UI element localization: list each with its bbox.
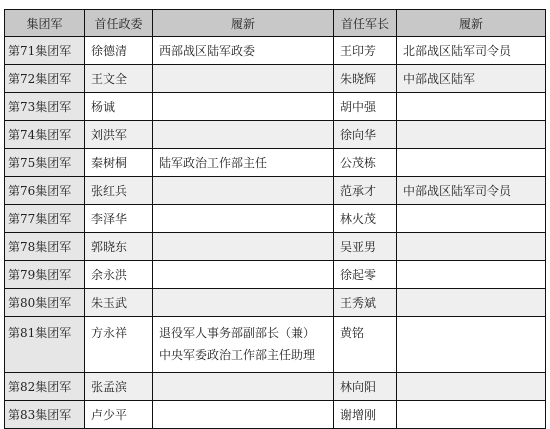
commander-cell: 林火茂 xyxy=(334,205,397,233)
army-cell: 第71集团军 xyxy=(5,37,85,65)
table-row: 第73集团军杨诚胡中强 xyxy=(5,93,546,121)
commander-new-post-cell xyxy=(397,93,546,121)
commissar-cell: 朱玉武 xyxy=(85,289,153,317)
commander-new-post-cell: 中部战区陆军 xyxy=(397,65,546,93)
commissar-cell: 王文全 xyxy=(85,65,153,93)
commissar-cell: 卢少平 xyxy=(85,401,153,429)
table-row: 第74集团军刘洪军徐向华 xyxy=(5,121,546,149)
new-post-line: 中央军委政治工作部主任助理 xyxy=(159,344,327,366)
commander-cell: 公茂栋 xyxy=(334,149,397,177)
army-cell: 第83集团军 xyxy=(5,401,85,429)
commander-cell: 范承才 xyxy=(334,177,397,205)
header-commander-new-post: 履新 xyxy=(397,10,546,37)
commander-cell: 谢增刚 xyxy=(334,401,397,429)
header-first-commissar: 首任政委 xyxy=(85,10,153,37)
table-row: 第72集团军王文全朱晓辉中部战区陆军 xyxy=(5,65,546,93)
army-cell: 第75集团军 xyxy=(5,149,85,177)
commander-new-post-cell xyxy=(397,289,546,317)
table-row: 第75集团军秦树桐陆军政治工作部主任公茂栋 xyxy=(5,149,546,177)
commissar-new-post-cell xyxy=(153,205,334,233)
commissar-new-post-cell xyxy=(153,373,334,401)
commander-cell: 王秀斌 xyxy=(334,289,397,317)
commissar-cell: 郭晓东 xyxy=(85,233,153,261)
group-army-leaders-table: 集团军 首任政委 履新 首任军长 履新 第71集团军徐德清西部战区陆军政委王印芳… xyxy=(4,9,546,429)
table-row: 第79集团军余永洪徐起零 xyxy=(5,261,546,289)
commissar-cell: 李泽华 xyxy=(85,205,153,233)
commander-new-post-cell xyxy=(397,401,546,429)
commissar-cell: 秦树桐 xyxy=(85,149,153,177)
commander-new-post-cell xyxy=(397,373,546,401)
commissar-cell: 杨诚 xyxy=(85,93,153,121)
commissar-new-post-cell xyxy=(153,121,334,149)
army-cell: 第72集团军 xyxy=(5,65,85,93)
table-row: 第76集团军张红兵范承才中部战区陆军司令员 xyxy=(5,177,546,205)
header-army: 集团军 xyxy=(5,10,85,37)
commissar-cell: 余永洪 xyxy=(85,261,153,289)
table-row: 第82集团军张孟滨林向阳 xyxy=(5,373,546,401)
army-cell: 第78集团军 xyxy=(5,233,85,261)
header-first-commander: 首任军长 xyxy=(334,10,397,37)
commander-cell: 黄铭 xyxy=(334,317,397,373)
commander-new-post-cell: 中部战区陆军司令员 xyxy=(397,177,546,205)
table-row: 第80集团军朱玉武王秀斌 xyxy=(5,289,546,317)
new-post-line: 西部战区陆军政委 xyxy=(159,42,327,59)
commissar-cell: 张孟滨 xyxy=(85,373,153,401)
commissar-new-post-cell xyxy=(153,93,334,121)
commander-new-post-cell xyxy=(397,205,546,233)
commander-cell: 徐起零 xyxy=(334,261,397,289)
table-row: 第81集团军方永祥退役军人事务部副部长（兼）中央军委政治工作部主任助理黄铭 xyxy=(5,317,546,373)
commander-new-post-cell xyxy=(397,261,546,289)
army-cell: 第80集团军 xyxy=(5,289,85,317)
commissar-new-post-cell xyxy=(153,233,334,261)
commissar-new-post-cell xyxy=(153,65,334,93)
commander-new-post-cell xyxy=(397,149,546,177)
commissar-cell: 张红兵 xyxy=(85,177,153,205)
commander-cell: 林向阳 xyxy=(334,373,397,401)
commander-cell: 王印芳 xyxy=(334,37,397,65)
table-row: 第71集团军徐德清西部战区陆军政委王印芳北部战区陆军司令员 xyxy=(5,37,546,65)
army-cell: 第77集团军 xyxy=(5,205,85,233)
army-cell: 第79集团军 xyxy=(5,261,85,289)
new-post-line: 陆军政治工作部主任 xyxy=(159,154,327,171)
commander-new-post-cell: 北部战区陆军司令员 xyxy=(397,37,546,65)
commander-cell: 徐向华 xyxy=(334,121,397,149)
commissar-new-post-cell xyxy=(153,177,334,205)
table-row: 第83集团军卢少平谢增刚 xyxy=(5,401,546,429)
commander-cell: 胡中强 xyxy=(334,93,397,121)
army-cell: 第82集团军 xyxy=(5,373,85,401)
army-cell: 第81集团军 xyxy=(5,317,85,373)
commander-new-post-cell xyxy=(397,233,546,261)
commissar-cell: 刘洪军 xyxy=(85,121,153,149)
commissar-new-post-cell: 陆军政治工作部主任 xyxy=(153,149,334,177)
commissar-new-post-cell xyxy=(153,289,334,317)
commissar-new-post-cell xyxy=(153,401,334,429)
commissar-new-post-cell xyxy=(153,261,334,289)
table-row: 第78集团军郭晓东吴亚男 xyxy=(5,233,546,261)
army-cell: 第73集团军 xyxy=(5,93,85,121)
commissar-cell: 方永祥 xyxy=(85,317,153,373)
new-post-line: 退役军人事务部副部长（兼） xyxy=(159,322,327,344)
commander-new-post-cell xyxy=(397,121,546,149)
commissar-cell: 徐德清 xyxy=(85,37,153,65)
commander-cell: 朱晓辉 xyxy=(334,65,397,93)
commissar-new-post-cell: 西部战区陆军政委 xyxy=(153,37,334,65)
army-cell: 第74集团军 xyxy=(5,121,85,149)
table-row: 第77集团军李泽华林火茂 xyxy=(5,205,546,233)
commissar-new-post-cell: 退役军人事务部副部长（兼）中央军委政治工作部主任助理 xyxy=(153,317,334,373)
commander-new-post-cell xyxy=(397,317,546,373)
header-commissar-new-post: 履新 xyxy=(153,10,334,37)
header-row: 集团军 首任政委 履新 首任军长 履新 xyxy=(5,10,546,37)
commander-cell: 吴亚男 xyxy=(334,233,397,261)
army-cell: 第76集团军 xyxy=(5,177,85,205)
